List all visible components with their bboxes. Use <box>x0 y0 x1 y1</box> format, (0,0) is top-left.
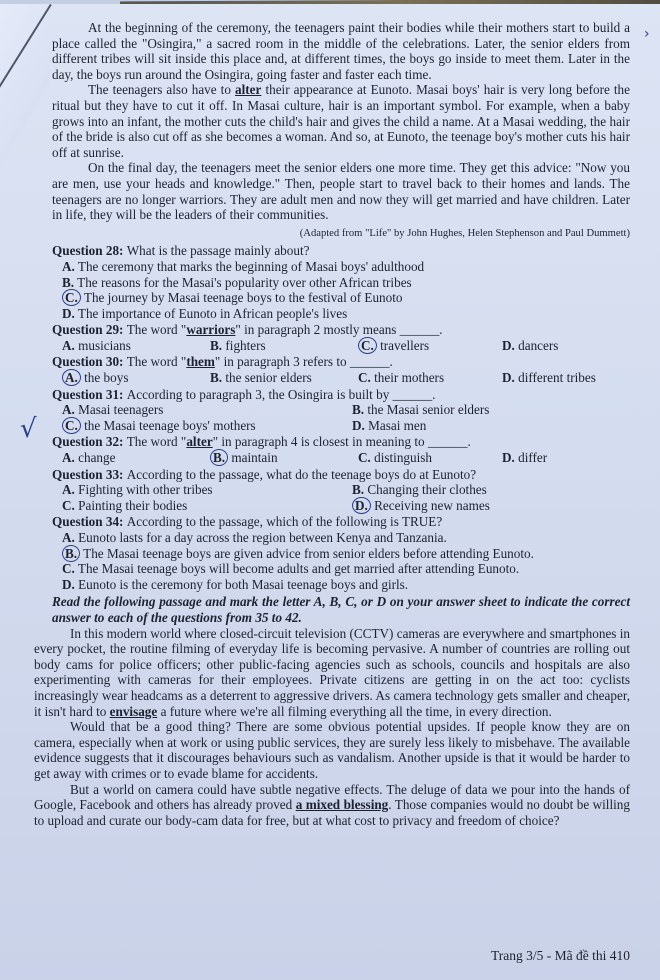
option-a[interactable]: A. change <box>62 450 210 466</box>
passage2-paragraph-3: But a world on camera could have subtle … <box>34 782 630 829</box>
option-a[interactable]: A. The ceremony that marks the beginning… <box>62 259 630 275</box>
option-c[interactable]: C. their mothers <box>358 370 502 386</box>
question-29: Question 29: The word "warriors" in para… <box>52 322 630 353</box>
question-stem: Question 28: What is the passage mainly … <box>52 243 630 259</box>
option-c[interactable]: C. travellers <box>358 338 502 354</box>
question-31: Question 31: According to paragraph 3, t… <box>52 387 630 434</box>
option-a[interactable]: A. Masai teenagers <box>62 402 352 418</box>
option-b[interactable]: B. The Masai teenage boys are given advi… <box>62 546 630 562</box>
passage1-paragraph-3: At the beginning of the ceremony, the te… <box>52 20 630 82</box>
question-number: Question 32: <box>52 434 127 449</box>
option-d[interactable]: D. different tribes <box>502 370 640 386</box>
passage1-paragraph-4: The teenagers also have to alter their a… <box>52 82 630 160</box>
question-stem: Question 31: According to paragraph 3, t… <box>52 387 630 403</box>
question-33: Question 33: According to the passage, w… <box>52 467 630 514</box>
option-b[interactable]: B. fighters <box>210 338 358 354</box>
page-content: At the beginning of the ceremony, the te… <box>52 20 630 828</box>
question-list: Question 28: What is the passage mainly … <box>52 243 630 592</box>
checkmark-icon: √ <box>20 414 37 444</box>
option-a[interactable]: A. the boys <box>62 370 210 386</box>
question-number: Question 34: <box>52 514 127 529</box>
option-b[interactable]: B. the senior elders <box>210 370 358 386</box>
circled-answer: B. <box>210 449 228 466</box>
answer-options: A. Eunoto lasts for a day across the reg… <box>52 530 630 592</box>
keyword-envisage: envisage <box>110 704 158 719</box>
citation: (Adapted from "Life" by John Hughes, Hel… <box>52 226 630 242</box>
answer-options: A. changeB. maintainC. distinguishD. dif… <box>52 450 630 466</box>
circled-answer: C. <box>358 337 377 354</box>
keyword-warriors: warriors <box>186 322 235 337</box>
question-stem: Question 32: The word "alter" in paragra… <box>52 434 630 450</box>
answer-options: A. The ceremony that marks the beginning… <box>52 259 630 321</box>
question-stem: Question 29: The word "warriors" in para… <box>52 322 630 338</box>
question-30: Question 30: The word "them" in paragrap… <box>52 354 630 385</box>
keyword-alter: alter <box>235 82 261 97</box>
option-d[interactable]: D. differ <box>502 450 640 466</box>
section-instruction: Read the following passage and mark the … <box>52 594 630 625</box>
option-c[interactable]: C. the Masai teenage boys' mothers <box>62 418 352 434</box>
circled-answer: D. <box>352 497 371 514</box>
option-c[interactable]: C. The Masai teenage boys will become ad… <box>62 561 630 577</box>
option-a[interactable]: A. Fighting with other tribes <box>62 482 352 498</box>
question-number: Question 31: <box>52 387 127 402</box>
question-28: Question 28: What is the passage mainly … <box>52 243 630 321</box>
option-c[interactable]: C. distinguish <box>358 450 502 466</box>
circled-answer: C. <box>62 417 81 434</box>
option-b[interactable]: B. maintain <box>210 450 358 466</box>
answer-options: A. Fighting with other tribesB. Changing… <box>52 482 630 513</box>
question-34: Question 34: According to the passage, w… <box>52 514 630 592</box>
pen-mark-icon: › <box>644 26 650 42</box>
question-number: Question 28: <box>52 243 127 258</box>
exam-page: At the beginning of the ceremony, the te… <box>0 4 660 980</box>
passage2-paragraph-2: Would that be a good thing? There are so… <box>34 719 630 781</box>
page-footer: Trang 3/5 - Mã đề thi 410 <box>491 948 630 964</box>
passage1-paragraph-5: On the final day, the teenagers meet the… <box>52 160 630 222</box>
keyword-alter: alter <box>186 434 212 449</box>
keyword-them: them <box>186 354 215 369</box>
question-stem: Question 30: The word "them" in paragrap… <box>52 354 630 370</box>
option-d[interactable]: D. Masai men <box>352 418 640 434</box>
option-b[interactable]: B. The reasons for the Masai's popularit… <box>62 275 630 291</box>
question-32: Question 32: The word "alter" in paragra… <box>52 434 630 465</box>
option-b[interactable]: B. the Masai senior elders <box>352 402 640 418</box>
circled-answer: B. <box>62 545 80 562</box>
option-c[interactable]: C. The journey by Masai teenage boys to … <box>62 290 630 306</box>
circled-answer: C. <box>62 289 81 306</box>
passage2: In this modern world where closed-circui… <box>34 626 630 829</box>
folded-corner <box>0 4 50 224</box>
question-number: Question 30: <box>52 354 127 369</box>
question-stem: Question 34: According to the passage, w… <box>52 514 630 530</box>
option-d[interactable]: D. dancers <box>502 338 640 354</box>
answer-options: A. musiciansB. fightersC. travellersD. d… <box>52 338 630 354</box>
keyword-mixed-blessing: a mixed blessing <box>296 797 389 812</box>
option-b[interactable]: B. Changing their clothes <box>352 482 640 498</box>
question-number: Question 33: <box>52 467 127 482</box>
answer-options: A. Masai teenagersB. the Masai senior el… <box>52 402 630 433</box>
circled-answer: A. <box>62 369 81 386</box>
question-number: Question 29: <box>52 322 127 337</box>
option-a[interactable]: A. musicians <box>62 338 210 354</box>
option-a[interactable]: A. Eunoto lasts for a day across the reg… <box>62 530 630 546</box>
option-d[interactable]: D. Receiving new names <box>352 498 640 514</box>
option-c[interactable]: C. Painting their bodies <box>62 498 352 514</box>
answer-options: A. the boysB. the senior eldersC. their … <box>52 370 630 386</box>
option-d[interactable]: D. The importance of Eunoto in African p… <box>62 306 630 322</box>
question-stem: Question 33: According to the passage, w… <box>52 467 630 483</box>
passage2-paragraph-1: In this modern world where closed-circui… <box>34 626 630 720</box>
option-d[interactable]: D. Eunoto is the ceremony for both Masai… <box>62 577 630 593</box>
